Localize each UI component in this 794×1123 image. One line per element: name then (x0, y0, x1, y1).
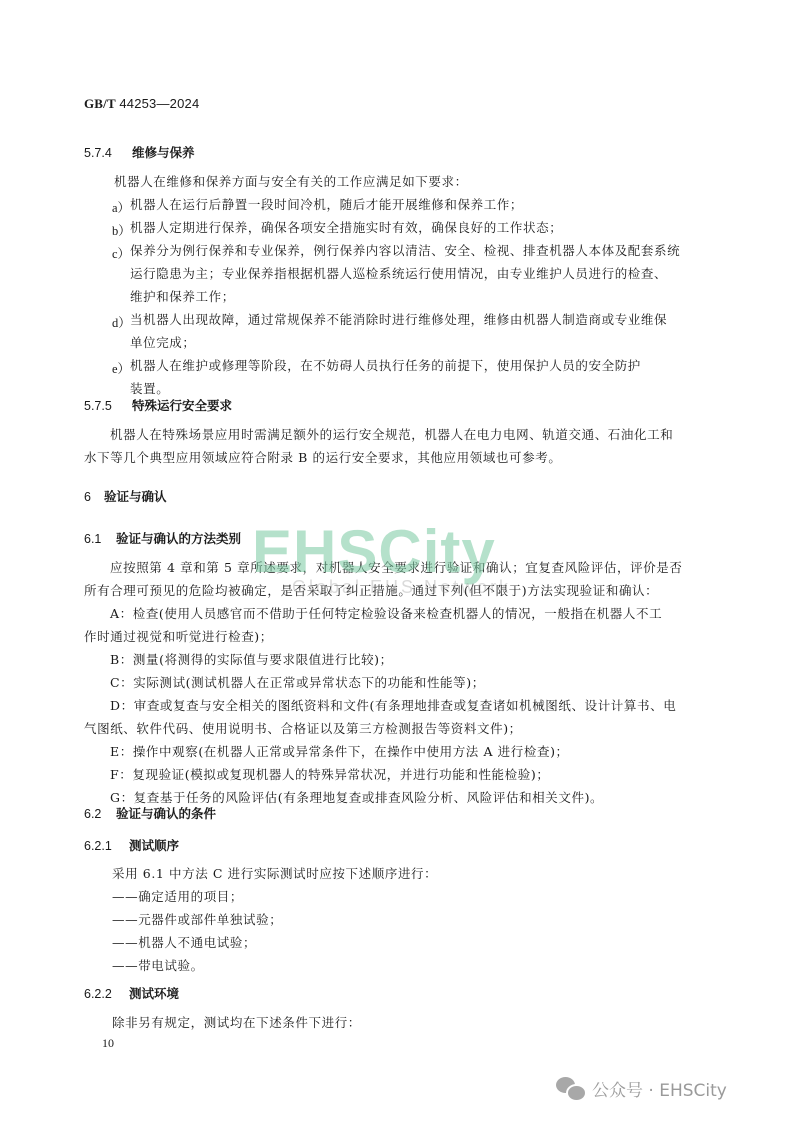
list-item: 机器人在维护或修理等阶段，在不妨碍人员执行任务的前提下，使用保护人员的安全防护 (130, 354, 641, 377)
section-number: 6.2.1 (84, 839, 129, 853)
section-title: 测试顺序 (129, 838, 179, 853)
method-d: D：审查或复查与安全相关的图纸资料和文件(有条理地排查或复查诸如机械图纸、设计计… (110, 694, 676, 717)
list-label: b） (112, 221, 131, 239)
method-c: C：实际测试(测试机器人在正常或异常状态下的功能和性能等)； (110, 671, 485, 694)
paragraph: 采用 6.1 中方法 C 进行实际测试时应按下述顺序进行： (112, 862, 437, 885)
section-title: 特殊运行安全要求 (132, 398, 232, 413)
heading-5-7-5: 5.7.5特殊运行安全要求 (84, 396, 232, 414)
paragraph-cont: 水下等几个典型应用领域应符合附录 B 的运行安全要求，其他应用领域也可参考。 (84, 446, 561, 469)
method-a: A：检查(使用人员感官而不借助于任何特定检验设备来检查机器人的情况，一般指在机器… (110, 602, 662, 625)
method-e: E：操作中观察(在机器人正常或异常条件下，在操作中使用方法 A 进行检查)； (110, 740, 569, 763)
section-title: 验证与确认的方法类别 (116, 531, 241, 546)
list-item: 当机器人出现故障，通过常规保养不能消除时进行维修处理，维修由机器人制造商或专业维… (130, 308, 667, 331)
wechat-account-footer: 公众号 · EHSCity (556, 1076, 727, 1101)
list-label: e） (112, 359, 130, 377)
heading-6-2-2: 6.2.2测试环境 (84, 984, 179, 1002)
section-title: 维修与保养 (132, 145, 195, 160)
section-number: 5.7.4 (84, 146, 132, 160)
paragraph: 应按照第 4 章和第 5 章所述要求，对机器人安全要求进行验证和确认；宜复查风险… (110, 556, 683, 579)
paragraph: 除非另有规定，测试均在下述条件下进行： (112, 1011, 361, 1034)
heading-5-7-4: 5.7.4维修与保养 (84, 143, 195, 161)
section-number: 5.7.5 (84, 399, 132, 413)
dash-list-item: ——带电试验。 (112, 954, 204, 977)
page-number: 10 (102, 1036, 114, 1051)
heading-6: 6验证与确认 (84, 487, 167, 505)
dash-list-item: ——确定适用的项目； (112, 885, 243, 908)
heading-6-1: 6.1验证与确认的方法类别 (84, 529, 241, 547)
section-number: 6.2 (84, 807, 116, 821)
method-f: F：复现验证(模拟或复现机器人的特殊异常状况，并进行功能和性能检验)； (110, 763, 549, 786)
standard-code: GB/T 44253—2024 (84, 96, 199, 112)
section-number: 6.1 (84, 532, 116, 546)
list-item-cont: 运行隐患为主；专业保养指根据机器人巡检系统运行使用情况，由专业维护人员进行的检查… (130, 262, 667, 285)
paragraph-cont: 所有合理可预见的危险均被确定，是否采取了纠正措施。通过下列(但不限于)方法实现验… (84, 579, 658, 602)
wechat-icon (556, 1077, 586, 1101)
footer-label: 公众号 · EHSCity (592, 1076, 727, 1101)
method-d-cont: 气图纸、软件代码、使用说明书、合格证以及第三方检测报告等资料文件)； (84, 717, 522, 740)
section-title: 测试环境 (129, 986, 179, 1001)
list-item: 保养分为例行保养和专业保养，例行保养内容以清洁、安全、检视、排查机器人本体及配套… (130, 239, 680, 262)
list-item: 机器人在运行后静置一段时间冷机，随后才能开展维修和保养工作； (130, 193, 523, 216)
list-label: c） (112, 244, 130, 262)
list-item-cont: 维护和保养工作； (130, 285, 235, 308)
dash-list-item: ——元器件或部件单独试验； (112, 908, 282, 931)
standard-number: 44253—2024 (119, 96, 199, 111)
section-title: 验证与确认 (104, 489, 167, 504)
document-page: GB/T 44253—2024 5.7.4维修与保养 机器人在维修和保养方面与安… (0, 0, 794, 1123)
paragraph: 机器人在维修和保养方面与安全有关的工作应满足如下要求： (114, 170, 468, 193)
heading-6-2-1: 6.2.1测试顺序 (84, 836, 179, 854)
section-number: 6.2.2 (84, 987, 129, 1001)
list-label: d） (112, 313, 131, 331)
list-item: 机器人定期进行保养，确保各项安全措施实时有效，确保良好的工作状态； (130, 216, 562, 239)
list-label: a） (112, 198, 130, 216)
section-number: 6 (84, 490, 104, 504)
standard-prefix: GB/T (84, 96, 116, 111)
paragraph: 机器人在特殊场景应用时需满足额外的运行安全规范，机器人在电力电网、轨道交通、石油… (110, 423, 673, 446)
method-b: B：测量(将测得的实际值与要求限值进行比较)； (110, 648, 393, 671)
list-item-cont: 单位完成； (130, 331, 196, 354)
section-title: 验证与确认的条件 (116, 806, 216, 821)
dash-list-item: ——机器人不通电试验； (112, 931, 256, 954)
heading-6-2: 6.2验证与确认的条件 (84, 804, 216, 822)
method-a-cont: 作时通过视觉和听觉进行检查)； (84, 625, 273, 648)
